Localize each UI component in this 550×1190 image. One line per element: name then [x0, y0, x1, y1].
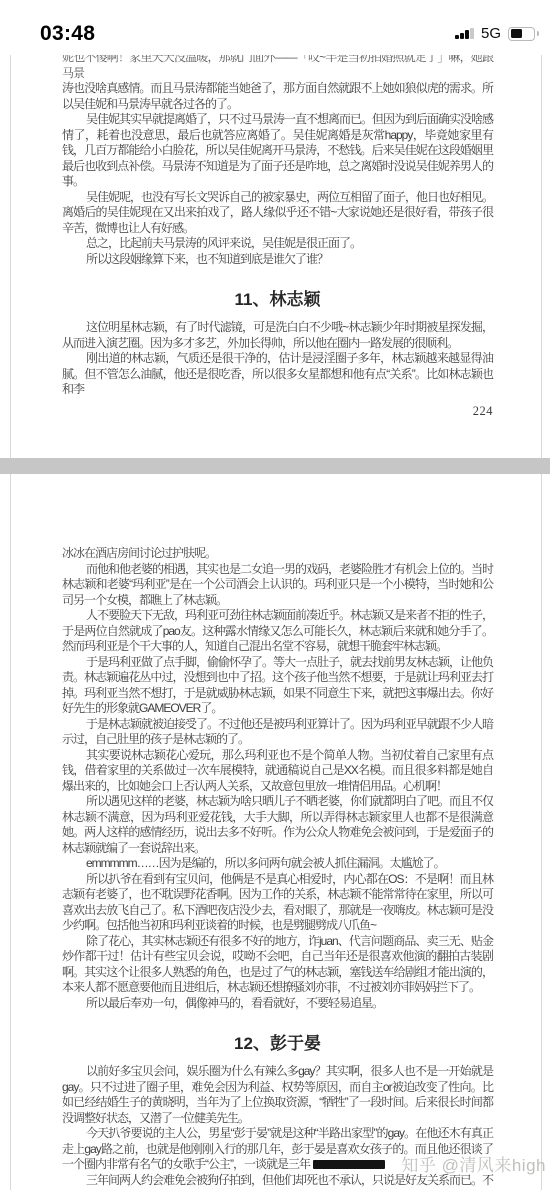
- section-heading-12: 12、彭于晏: [62, 1033, 493, 1055]
- paragraph: emmmmm……因为是编的，所以多问两句就会被人抓住漏洞。太尴尬了。: [62, 856, 493, 872]
- clipped-paragraph: 妮也不傻啊！家里天天没温暖，那就门面外——「哎~半是当初拍婚照就定了」嘛，她跟马…: [62, 55, 493, 81]
- section-heading-11: 11、林志颖: [62, 289, 493, 311]
- paragraph: 冰冰在酒店房间讨论过护肤呢。: [62, 546, 493, 562]
- page-separator: [0, 458, 550, 474]
- paragraph: 人不要脸天下无敌，玛利亚可劲往林志颖面前凑近乎。林志颖又是来者不拒的性子，于是两…: [62, 608, 493, 655]
- network-type-label: 5G: [481, 25, 501, 42]
- paragraph: 其实要说林志颖花心爱玩，那么玛利亚也不是个简单人物。当初仗着自己家里有点钱，借着…: [62, 748, 493, 795]
- paragraph: 而他和他老婆的相遇，其实也是二女追一男的戏码，老婆险胜才有机会上位的。当时林志颖…: [62, 562, 493, 609]
- paragraph: 所以遇见这样的老婆，林志颖为啥只晒儿子不晒老婆，你们就都明白了吧。而且不仅林志颖…: [62, 794, 493, 856]
- page2-section-paragraphs: 以前好多宝贝会问，娱乐圈为什么有辣么多gay？其实啊，很多人也不是一开始就是ga…: [62, 1064, 493, 1126]
- paragraph: 涛也没啥真感情。而且马景涛都能当她爸了，那方面自然就跟不上她如狼似虎的需求。所以…: [62, 81, 493, 112]
- doc-page-1: 妮也不傻啊！家里天天没温暖，那就门面外——「哎~半是当初拍婚照就定了」嘛，她跟马…: [10, 55, 542, 458]
- status-indicators: 5G: [455, 25, 538, 42]
- paragraph: 所以最后奉劝一句，偶像神马的，看看就好，不要轻易追星。: [62, 996, 493, 1012]
- paragraph: 刚出道的林志颖，气质还是很干净的，估计是浸淫圈子多年，林志颖越来越显得油腻。但不…: [62, 351, 493, 398]
- page1-section-paragraphs: 这位明星林志颖，有了时代滤镜，可是洗白白不少哦~林志颖少年时期被星探发掘，从而进…: [62, 320, 493, 398]
- paragraph: 于是林志颖就被迫接受了。不过他还是被玛利亚算计了。因为玛利亚早就跟不少人暗示过，…: [62, 717, 493, 748]
- status-bar: 03:48 5G: [0, 0, 550, 55]
- paragraph: 总之，比起前夫马景涛的风评来说，吴佳妮是很正面了。: [62, 236, 493, 252]
- paragraph: 以前好多宝贝会问，娱乐圈为什么有辣么多gay？其实啊，很多人也不是一开始就是ga…: [62, 1064, 493, 1126]
- paragraph: 所以这段姻缘算下来，也不知道到底是谁欠了谁？: [62, 252, 493, 268]
- page2-paragraphs: 冰冰在酒店房间讨论过护肤呢。而他和他老婆的相遇，其实也是二女追一男的戏码，老婆险…: [62, 546, 493, 1011]
- paragraph: 于是玛利亚做了点手脚，偷偷怀孕了。等大一点肚子，就去找前男友林志颖，让他负责。林…: [62, 655, 493, 717]
- paragraph: 这位明星林志颖，有了时代滤镜，可是洗白白不少哦~林志颖少年时期被星探发掘，从而进…: [62, 320, 493, 351]
- page1-paragraphs: 涛也没啥真感情。而且马景涛都能当她爸了，那方面自然就跟不上她如狼似虎的需求。所以…: [62, 81, 493, 267]
- cellular-signal-icon: [455, 28, 474, 39]
- redaction-bar: [313, 1160, 385, 1169]
- paragraph: 吴佳妮呢，也没有写长文哭诉自己的被家暴史，两位互相留了面子，他日也好相见。离婚后…: [62, 190, 493, 237]
- doc-page-2: 冰冰在酒店房间讨论过护肤呢。而他和他老婆的相遇，其实也是二女追一男的戏码，老婆险…: [10, 474, 542, 1190]
- status-time: 03:48: [40, 22, 95, 46]
- zhihu-watermark: 知乎 @清风来high: [401, 1151, 546, 1176]
- paragraph: 除了花心，其实林志颖还有很多不好的地方，诈juan、代言问题商品、卖三无、贴金炒…: [62, 934, 493, 996]
- battery-icon: [508, 27, 535, 41]
- paragraph: 吴佳妮其实早就提离婚了，只不过马景涛一直不想离而已。但因为到后面确实没啥感情了，…: [62, 112, 493, 190]
- document-viewer[interactable]: 妮也不傻啊！家里天天没温暖，那就门面外——「哎~半是当初拍婚照就定了」嘛，她跟马…: [0, 55, 550, 1190]
- page-number: 224: [62, 404, 493, 419]
- paragraph: 所以扒爷在看到有宝贝问，他俩是不是真心相爱时，内心都在OS：不是啊！而且林志颖有…: [62, 872, 493, 934]
